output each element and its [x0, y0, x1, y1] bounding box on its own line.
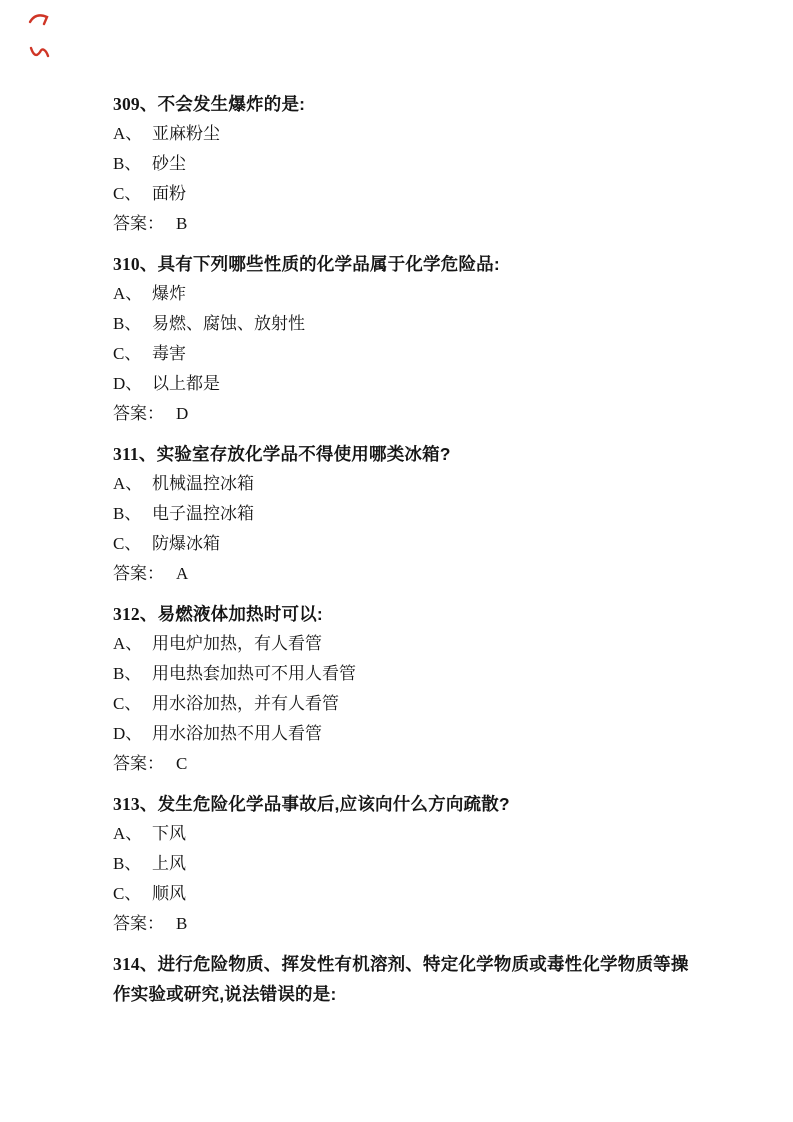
options: A、用电炉加热，有人看管 B、用电热套加热可不用人看管 C、用水浴加热，并有人看…: [113, 629, 689, 749]
question-title-text: 发生危险化学品事故后,应该向什么方向疏散?: [158, 794, 510, 814]
option-letter: A、: [113, 279, 152, 309]
question-title: 314、进行危险物质、挥发性有机溶剂、特定化学物质或毒性化学物质等操作实验或研究…: [113, 949, 689, 1009]
answer-value: B: [176, 214, 187, 233]
question-block: 314、进行危险物质、挥发性有机溶剂、特定化学物质或毒性化学物质等操作实验或研究…: [113, 949, 689, 1009]
option-letter: C、: [113, 529, 152, 559]
answer-row: 答案：B: [113, 209, 689, 239]
option-letter: C、: [113, 689, 152, 719]
option-letter: D、: [113, 719, 152, 749]
option-row: B、易燃、腐蚀、放射性: [113, 309, 689, 339]
answer-row: 答案：A: [113, 559, 689, 589]
option-row: C、毒害: [113, 339, 689, 369]
question-title: 310、具有下列哪些性质的化学品属于化学危险品:: [113, 249, 689, 279]
question-number: 309、: [113, 94, 158, 114]
answer-value: A: [176, 564, 188, 583]
option-row: A、爆炸: [113, 279, 689, 309]
question-title-text: 进行危险物质、挥发性有机溶剂、特定化学物质或毒性化学物质等操作实验或研究,说法错…: [113, 954, 689, 1004]
option-text: 防爆冰箱: [152, 534, 220, 553]
answer-row: 答案：D: [113, 399, 689, 429]
answer-value: B: [176, 914, 187, 933]
answer-label: 答案：: [113, 404, 164, 423]
option-letter: D、: [113, 369, 152, 399]
option-letter: C、: [113, 879, 152, 909]
answer-value: D: [176, 404, 188, 423]
option-row: A、用电炉加热，有人看管: [113, 629, 689, 659]
answer-label: 答案：: [113, 914, 164, 933]
question-number: 310、: [113, 254, 158, 274]
option-text: 砂尘: [152, 154, 186, 173]
option-text: 面粉: [152, 184, 186, 203]
option-row: A、亚麻粉尘: [113, 119, 689, 149]
option-text: 爆炸: [152, 284, 186, 303]
option-row: C、面粉: [113, 179, 689, 209]
question-title: 313、发生危险化学品事故后,应该向什么方向疏散?: [113, 789, 689, 819]
question-number: 312、: [113, 604, 158, 624]
option-text: 顺风: [152, 884, 186, 903]
option-row: C、用水浴加热，并有人看管: [113, 689, 689, 719]
option-text: 下风: [152, 824, 186, 843]
options: A、爆炸 B、易燃、腐蚀、放射性 C、毒害 D、以上都是: [113, 279, 689, 399]
answer-row: 答案：C: [113, 749, 689, 779]
question-list: 309、不会发生爆炸的是: A、亚麻粉尘 B、砂尘 C、面粉 答案：B 310、…: [113, 89, 689, 1019]
question-title: 311、实验室存放化学品不得使用哪类冰箱?: [113, 439, 689, 469]
option-row: B、用电热套加热可不用人看管: [113, 659, 689, 689]
option-letter: B、: [113, 149, 152, 179]
option-text: 以上都是: [152, 374, 220, 393]
answer-value: C: [176, 754, 187, 773]
option-letter: A、: [113, 119, 152, 149]
option-text: 亚麻粉尘: [152, 124, 220, 143]
answer-label: 答案：: [113, 214, 164, 233]
option-row: D、以上都是: [113, 369, 689, 399]
option-text: 用水浴加热不用人看管: [152, 724, 322, 743]
option-row: C、顺风: [113, 879, 689, 909]
option-letter: A、: [113, 819, 152, 849]
option-letter: A、: [113, 469, 152, 499]
question-number: 313、: [113, 794, 158, 814]
option-text: 上风: [152, 854, 186, 873]
option-row: B、上风: [113, 849, 689, 879]
option-letter: B、: [113, 659, 152, 689]
option-letter: B、: [113, 499, 152, 529]
answer-label: 答案：: [113, 754, 164, 773]
option-row: A、下风: [113, 819, 689, 849]
option-text: 用水浴加热，并有人看管: [152, 694, 339, 713]
option-row: A、机械温控冰箱: [113, 469, 689, 499]
red-scribble-icon: [26, 6, 54, 64]
option-row: B、电子温控冰箱: [113, 499, 689, 529]
question-block: 313、发生危险化学品事故后,应该向什么方向疏散? A、下风 B、上风 C、顺风…: [113, 789, 689, 939]
question-title: 312、易燃液体加热时可以:: [113, 599, 689, 629]
question-title-text: 不会发生爆炸的是:: [158, 94, 306, 114]
option-letter: B、: [113, 309, 152, 339]
question-block: 310、具有下列哪些性质的化学品属于化学危险品: A、爆炸 B、易燃、腐蚀、放射…: [113, 249, 689, 429]
options: A、下风 B、上风 C、顺风: [113, 819, 689, 909]
question-block: 312、易燃液体加热时可以: A、用电炉加热，有人看管 B、用电热套加热可不用人…: [113, 599, 689, 779]
option-row: B、砂尘: [113, 149, 689, 179]
question-title: 309、不会发生爆炸的是:: [113, 89, 689, 119]
document-page: 309、不会发生爆炸的是: A、亚麻粉尘 B、砂尘 C、面粉 答案：B 310、…: [0, 0, 793, 1122]
option-text: 易燃、腐蚀、放射性: [152, 314, 305, 333]
option-letter: C、: [113, 339, 152, 369]
option-text: 用电热套加热可不用人看管: [152, 664, 356, 683]
options: A、机械温控冰箱 B、电子温控冰箱 C、防爆冰箱: [113, 469, 689, 559]
option-text: 毒害: [152, 344, 186, 363]
question-title-text: 实验室存放化学品不得使用哪类冰箱?: [157, 444, 451, 464]
option-letter: C、: [113, 179, 152, 209]
option-letter: A、: [113, 629, 152, 659]
option-text: 机械温控冰箱: [152, 474, 254, 493]
answer-label: 答案：: [113, 564, 164, 583]
question-number: 314、: [113, 954, 158, 974]
question-number: 311、: [113, 444, 157, 464]
options: A、亚麻粉尘 B、砂尘 C、面粉: [113, 119, 689, 209]
question-title-text: 易燃液体加热时可以:: [158, 604, 323, 624]
option-text: 用电炉加热，有人看管: [152, 634, 322, 653]
question-block: 309、不会发生爆炸的是: A、亚麻粉尘 B、砂尘 C、面粉 答案：B: [113, 89, 689, 239]
option-row: C、防爆冰箱: [113, 529, 689, 559]
question-title-text: 具有下列哪些性质的化学品属于化学危险品:: [158, 254, 500, 274]
option-letter: B、: [113, 849, 152, 879]
option-text: 电子温控冰箱: [152, 504, 254, 523]
answer-row: 答案：B: [113, 909, 689, 939]
question-block: 311、实验室存放化学品不得使用哪类冰箱? A、机械温控冰箱 B、电子温控冰箱 …: [113, 439, 689, 589]
option-row: D、用水浴加热不用人看管: [113, 719, 689, 749]
